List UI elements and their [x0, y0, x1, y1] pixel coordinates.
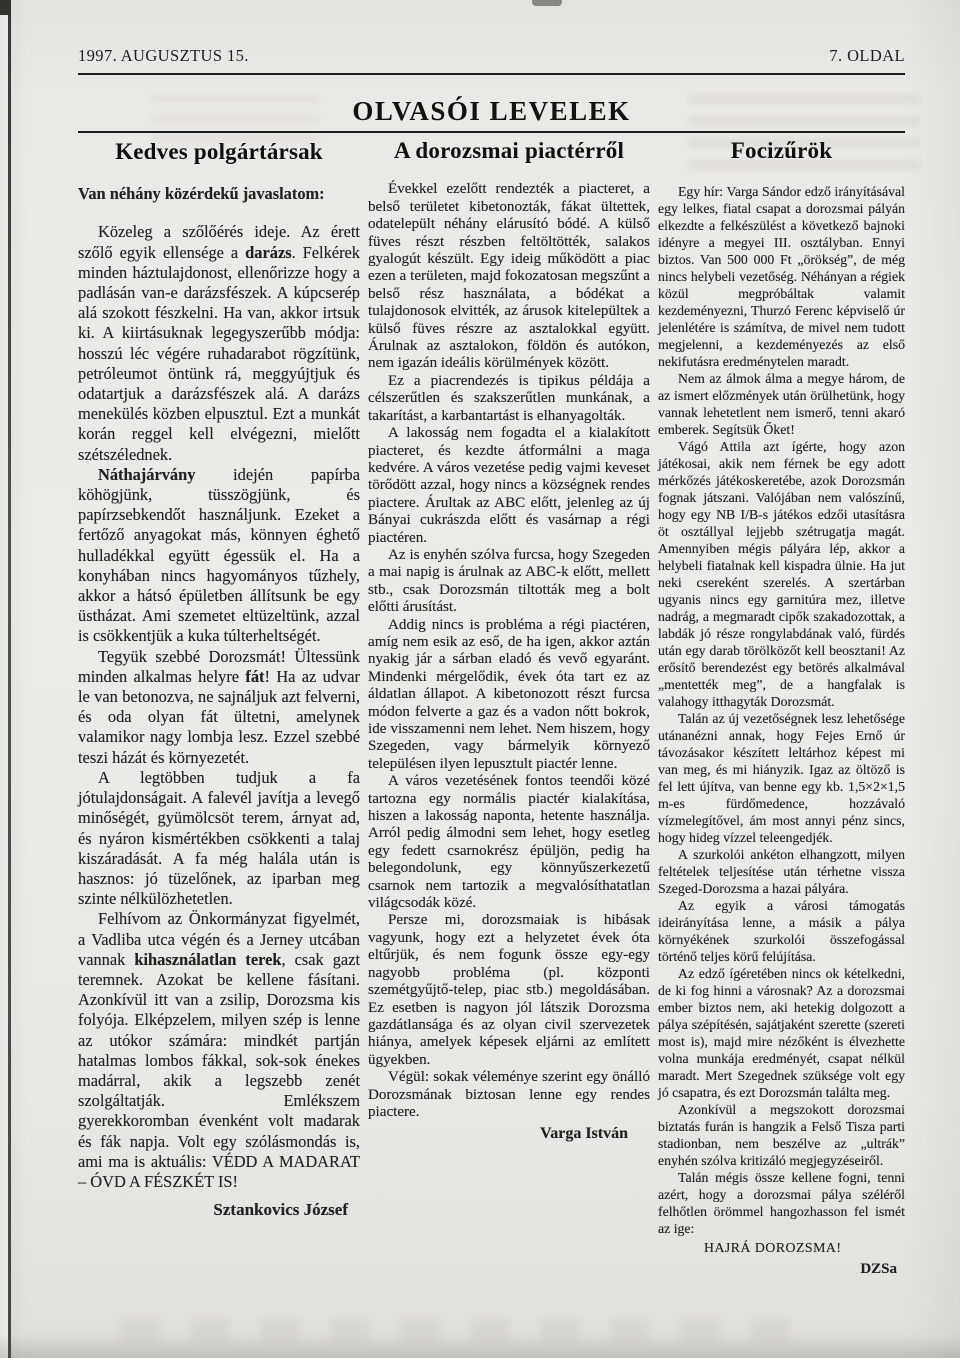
paragraph: Persze mi, dorozsmaiak is hibásak vagyun…	[368, 912, 650, 1069]
scan-bottom-shade	[0, 1334, 960, 1358]
paragraph: Náthajárvány idején papírba köhögjünk, t…	[78, 465, 360, 647]
article-body: Van néhány közérdekű javaslatom:Közeleg …	[78, 184, 360, 1220]
author-signature: Sztankovics József	[78, 1200, 360, 1220]
scan-top-artifact	[532, 0, 562, 6]
scan-corner-artifact	[0, 0, 11, 15]
paragraph: Az edző ígéretében nincs ok kételkedni, …	[658, 965, 905, 1101]
paragraph: Az is enyhén szólva furcsa, hogy Szegede…	[368, 547, 650, 617]
paragraph: Nem az álmok álma a megye három, de az i…	[658, 370, 905, 438]
article-body: Egy hír: Varga Sándor edző irányításával…	[658, 183, 905, 1278]
article-title: A dorozsmai piactérről	[368, 142, 650, 159]
page-number: 7. OLDAL	[829, 46, 905, 66]
section-title: OLVASÓI LEVELEK	[78, 96, 905, 127]
paragraph: Talán az új vezetőségnek lesz lehetősége…	[658, 710, 905, 846]
paragraph: Egy hír: Varga Sándor edző irányításával…	[658, 183, 905, 370]
slogan-line: HAJRÁ DOROZSMA!	[658, 1239, 905, 1256]
author-signature: DZSa	[658, 1261, 905, 1278]
newspaper-page: 1997. AUGUSZTUS 15. 7. OLDAL OLVASÓI LEV…	[0, 0, 960, 1358]
paragraph: A lakosság nem fogadta el a kialakított …	[368, 425, 650, 547]
paragraph: Vágó Attila azt ígérte, hogy azon játéko…	[658, 438, 905, 710]
paragraph: Évekkel ezelőtt rendezték a piacteret, a…	[368, 181, 650, 372]
paragraph: A szurkolói ankéton elhangzott, milyen f…	[658, 846, 905, 897]
letter-article: Kedves polgártársak Van néhány közérdekű…	[78, 142, 360, 1278]
article-title: Focizűrök	[658, 142, 905, 159]
paragraph: Azonkívül a megszokott dorozsmai biztatá…	[658, 1101, 905, 1169]
scan-edge-margin	[0, 0, 8, 1358]
paragraph: Felhívom az Önkormányzat figyelmét, a Va…	[78, 909, 360, 1192]
page-header: 1997. AUGUSZTUS 15. 7. OLDAL	[78, 46, 905, 75]
paragraph: Van néhány közérdekű javaslatom:	[78, 184, 360, 204]
article-title: Kedves polgártársak	[78, 142, 360, 162]
paragraph: Talán mégis össze kellene fogni, tenni a…	[658, 1169, 905, 1237]
section-divider	[78, 131, 905, 133]
issue-date: 1997. AUGUSZTUS 15.	[78, 46, 249, 66]
author-signature: Varga István	[368, 1125, 650, 1142]
paragraph: Ez a piacrendezés is tipikus példája a c…	[368, 373, 650, 425]
paragraph: Az egyik a városi támogatás ideirányítás…	[658, 897, 905, 965]
paragraph: A város vezetésének fontos teendői közé …	[368, 773, 650, 912]
letter-article: A dorozsmai piactérről Évekkel ezelőtt r…	[368, 142, 650, 1278]
paragraph: Tegyük szebbé Dorozsmát! Ültessünk minde…	[78, 647, 360, 768]
paragraph: A legtöbben tudjuk a fa jótulajdonságait…	[78, 768, 360, 909]
paragraph: Közeleg a szőlőérés ideje. Az érett szől…	[78, 222, 360, 464]
letters-columns: Kedves polgártársak Van néhány közérdekű…	[78, 142, 905, 1278]
scan-edge-line	[8, 0, 11, 1358]
article-body: Évekkel ezelőtt rendezték a piacteret, a…	[368, 181, 650, 1142]
letter-article: Focizűrök Egy hír: Varga Sándor edző irá…	[658, 142, 905, 1278]
paragraph: Végül: sokak véleménye szerint egy önáll…	[368, 1069, 650, 1121]
paragraph: Addig nincs is probléma a régi piactéren…	[368, 617, 650, 774]
